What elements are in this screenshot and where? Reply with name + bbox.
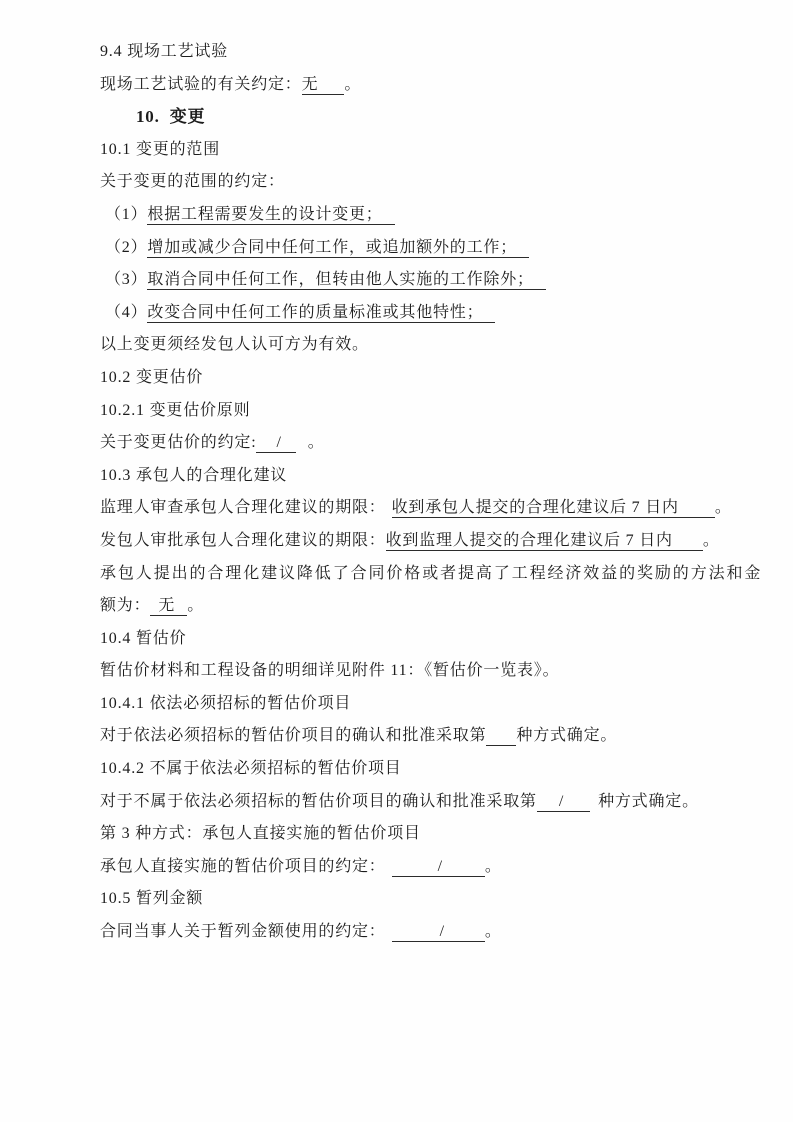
clause-text: 10.3 承包人的合理化建议 xyxy=(100,467,287,484)
clause-10-2-title: 10.2 变更估价 xyxy=(100,362,748,395)
variation-validity-note: 以上变更须经发包人认可方为有效。 xyxy=(100,329,748,362)
clause-text: 合同当事人关于暂列金额使用的约定： xyxy=(100,923,386,940)
clause-text: 种方式确定。 xyxy=(516,727,617,744)
clause-text: 10.1 变更的范围 xyxy=(100,141,220,158)
filled-blank-value: 无 xyxy=(302,76,319,95)
clause-text: 。 xyxy=(344,76,361,93)
clause-10-2-1-agreement: 关于变更估价的约定:/。 xyxy=(100,427,748,460)
blank-underline xyxy=(537,793,559,812)
clause-text: 以上变更须经发包人认可方为有效。 xyxy=(100,336,369,353)
filled-blank-value: 收到监理人提交的合理化建议后 7 日内 xyxy=(386,532,673,551)
filled-blank-value: / xyxy=(276,434,281,453)
clause-10-4-2-body: 对于不属于依法必须招标的暂估价项目的确认和批准采取第/种方式确定。 xyxy=(100,786,748,819)
clause-text: 10.4.1 依法必须招标的暂估价项目 xyxy=(100,695,351,712)
clause-10-3-title: 10.3 承包人的合理化建议 xyxy=(100,460,748,493)
clause-text: 第 3 种方式：承包人直接实施的暂估价项目 xyxy=(100,825,421,842)
employer-approval-period: 发包人审批承包人合理化建议的期限：收到监理人提交的合理化建议后 7 日内。 xyxy=(100,525,748,558)
filled-blank-value: 改变合同中任何工作的质量标准或其他特性； xyxy=(147,304,483,323)
clause-text: 10.4.2 不属于依法必须招标的暂估价项目 xyxy=(100,760,402,777)
variation-scope-item-1: （1）根据工程需要发生的设计变更； xyxy=(100,199,748,232)
blank-underline xyxy=(483,304,495,323)
chapter-10-title: 10. 变更 xyxy=(100,101,748,134)
clause-text: 种方式确定。 xyxy=(598,793,699,810)
clause-text: 额为： xyxy=(100,597,150,614)
clause-10-4-2-title: 10.4.2 不属于依法必须招标的暂估价项目 xyxy=(100,753,748,786)
blank-underline xyxy=(679,499,715,518)
clause-9-4-title: 9.4 现场工艺试验 xyxy=(100,36,748,69)
blank-underline xyxy=(392,858,438,877)
clause-text: （4） xyxy=(105,304,147,321)
clause-text: 。 xyxy=(485,923,502,940)
clause-text: （1） xyxy=(105,206,147,223)
clause-text: （3） xyxy=(105,271,147,288)
blank-underline xyxy=(256,434,276,453)
spacer xyxy=(386,858,392,875)
clause-text: 10.5 暂列金额 xyxy=(100,890,203,907)
filled-blank-value: 根据工程需要发生的设计变更； xyxy=(147,206,382,225)
clause-text: 9.4 现场工艺试验 xyxy=(100,43,228,60)
clause-text: 。 xyxy=(187,597,204,614)
clause-text: 发包人审批承包人合理化建议的期限： xyxy=(100,532,386,549)
method-3-note: 第 3 种方式：承包人直接实施的暂估价项目 xyxy=(100,818,748,851)
blank-underline xyxy=(175,597,187,616)
clause-text: 暂估价材料和工程设备的明细详见附件 11：《暂估价一览表》。 xyxy=(100,662,559,679)
blank-underline xyxy=(383,206,395,225)
filled-blank-value: 取消合同中任何工作，但转由他人实施的工作除外； xyxy=(147,271,533,290)
clause-10-2-1-title: 10.2.1 变更估价原则 xyxy=(100,395,748,428)
blank-underline xyxy=(564,793,590,812)
filled-blank-value: 无 xyxy=(158,597,175,616)
clause-10-1-title: 10.1 变更的范围 xyxy=(100,134,748,167)
clause-text: 关于变更估价的约定: xyxy=(100,434,256,451)
variation-scope-item-2: （2）增加或减少合同中任何工作，或追加额外的工作； xyxy=(100,232,748,265)
contractor-direct-implementation-agreement: 承包人直接实施的暂估价项目的约定：/。 xyxy=(100,851,748,884)
blank-underline xyxy=(392,923,440,942)
filled-blank-value: 收到承包人提交的合理化建议后 7 日内 xyxy=(392,499,679,518)
reasonable-suggestion-reward-line-2: 额为：无。 xyxy=(100,590,748,623)
supervisor-review-period: 监理人审查承包人合理化建议的期限：收到承包人提交的合理化建议后 7 日内。 xyxy=(100,492,748,525)
filled-blank-value: 增加或减少合同中任何工作，或追加额外的工作； xyxy=(147,239,517,258)
clause-text: 。 xyxy=(715,499,732,516)
clause-10-5-title: 10.5 暂列金额 xyxy=(100,883,748,916)
clause-text: 10.2 变更估价 xyxy=(100,369,203,386)
blank-underline xyxy=(443,858,485,877)
clause-text: 承包人直接实施的暂估价项目的约定： xyxy=(100,858,386,875)
clause-text: 。 xyxy=(308,434,325,451)
spacer xyxy=(386,923,392,940)
variation-scope-item-4: （4）改变合同中任何工作的质量标准或其他特性； xyxy=(100,297,748,330)
clause-10-4-title: 10.4 暂估价 xyxy=(100,623,748,656)
clause-text: 承包人提出的合理化建议降低了合同价格或者提高了工程经济效益的奖励的方法和金 xyxy=(100,565,762,582)
clause-text: 10. 变更 xyxy=(136,107,205,126)
blank-underline xyxy=(318,76,344,95)
clause-10-4-1-title: 10.4.1 依法必须招标的暂估价项目 xyxy=(100,688,748,721)
blank-underline xyxy=(517,239,529,258)
clause-text: 。 xyxy=(703,532,720,549)
clause-text: （2） xyxy=(105,239,147,256)
clause-text: 对于不属于依法必须招标的暂估价项目的确认和批准采取第 xyxy=(100,793,537,810)
clause-text: 监理人审查承包人合理化建议的期限： xyxy=(100,499,386,516)
spacer xyxy=(296,434,308,451)
document-page: 9.4 现场工艺试验现场工艺试验的有关约定：无。10. 变更10.1 变更的范围… xyxy=(0,0,793,1122)
provisional-price-attachment-note: 暂估价材料和工程设备的明细详见附件 11：《暂估价一览表》。 xyxy=(100,655,748,688)
clause-text: 关于变更的范围的约定： xyxy=(100,173,285,190)
clause-10-4-1-body: 对于依法必须招标的暂估价项目的确认和批准采取第种方式确定。 xyxy=(100,720,748,753)
clause-text: 10.4 暂估价 xyxy=(100,630,186,647)
spacer xyxy=(386,499,392,516)
clause-text: 现场工艺试验的有关约定： xyxy=(100,76,302,93)
clause-text: 。 xyxy=(485,858,502,875)
clause-9-4-agreement: 现场工艺试验的有关约定：无。 xyxy=(100,69,748,102)
blank-underline xyxy=(673,532,703,551)
blank-underline xyxy=(486,727,516,746)
provisional-sum-usage-agreement: 合同当事人关于暂列金额使用的约定：/。 xyxy=(100,916,748,949)
clause-10-1-intro: 关于变更的范围的约定： xyxy=(100,166,748,199)
blank-underline xyxy=(534,271,546,290)
reasonable-suggestion-reward-line-1: 承包人提出的合理化建议降低了合同价格或者提高了工程经济效益的奖励的方法和金 xyxy=(100,558,748,591)
blank-underline xyxy=(282,434,296,453)
spacer xyxy=(590,793,598,810)
clause-text: 对于依法必须招标的暂估价项目的确认和批准采取第 xyxy=(100,727,486,744)
variation-scope-item-3: （3）取消合同中任何工作，但转由他人实施的工作除外； xyxy=(100,264,748,297)
blank-underline xyxy=(445,923,485,942)
contract-clauses-body: 9.4 现场工艺试验现场工艺试验的有关约定：无。10. 变更10.1 变更的范围… xyxy=(100,36,748,949)
clause-text: 10.2.1 变更估价原则 xyxy=(100,402,250,419)
